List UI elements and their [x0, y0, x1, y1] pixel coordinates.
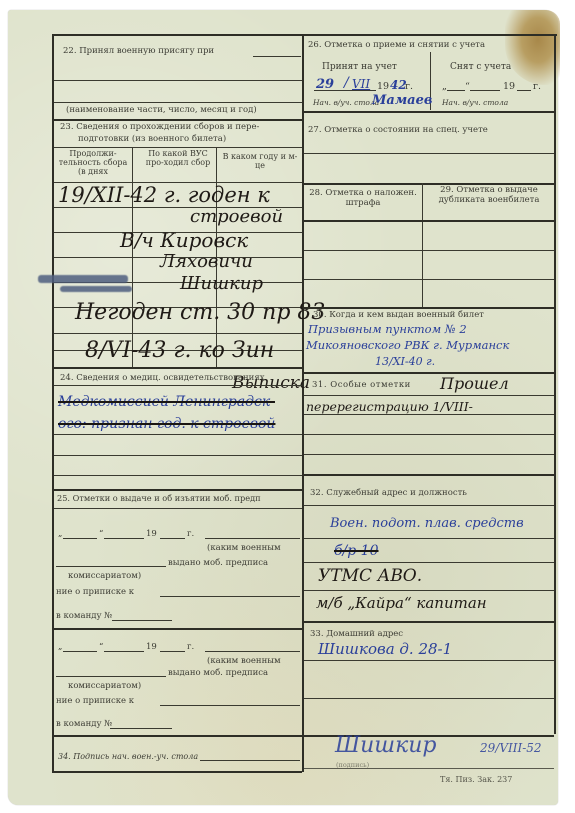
s23-hw-line: 8/VI-43 г. ко Зин	[85, 340, 274, 362]
frame-left-line	[52, 34, 54, 772]
office-stamp	[38, 275, 128, 283]
s30-hw-line: 13/XI-40 г.	[375, 356, 435, 367]
s31-row-line	[304, 414, 554, 415]
s23-hw-line: строевой	[190, 208, 283, 226]
day-blank	[63, 651, 97, 652]
s23-bottom-line	[54, 367, 302, 369]
s22-row-line-2	[54, 102, 302, 103]
s28-row-line	[304, 250, 554, 251]
s24-hw-line: Медкомиссией Ленинградск-	[58, 395, 275, 409]
s25-blank	[56, 566, 166, 567]
s32-hw-line: б/р 10	[334, 544, 379, 558]
s27-row-line	[304, 153, 554, 154]
s31-title: 31. Особые отметки	[312, 381, 411, 391]
s32-line	[304, 505, 554, 506]
s26-bottom-line	[304, 111, 554, 113]
s23-col3-header: В каком году и м-це	[222, 152, 298, 170]
print-mark: Тя. Пиз. Зак. 237	[440, 775, 512, 784]
s23-header-top	[54, 147, 302, 148]
s31-bottom-line	[304, 474, 554, 476]
s31-row-line	[304, 395, 554, 396]
s25-blank	[160, 596, 300, 597]
s23-hw-line: Шишкир	[180, 275, 263, 293]
s25-commissariat: комиссариатом)	[68, 572, 141, 582]
quote-mark: “	[465, 82, 470, 93]
s26-year-prefix: 19	[377, 82, 389, 93]
s26-removed-year-mark: г.	[533, 82, 541, 93]
s23-hw-line: Негоден ст. 30 пр 83	[75, 302, 325, 324]
s34-signature: Шишкир	[335, 735, 437, 757]
s34-date: 29/VIII-52	[480, 742, 542, 754]
s30-title: 30. Когда и кем выдан военный билет	[313, 311, 484, 321]
s24-hw-line: ого: признан год. к строевой	[58, 417, 275, 431]
year-blank	[160, 651, 185, 652]
s22-row-line	[54, 80, 302, 81]
s25-team: в команду №	[56, 612, 112, 622]
s32-hw-line: Воен. подот. плав. средств	[330, 517, 524, 530]
s34-title: 34. Подпись нач. воен.-уч. стола	[58, 752, 198, 761]
s26-signature-label-1: Нач. в/уч. стола	[313, 99, 379, 108]
s25-issued: выдано моб. предписа	[168, 559, 268, 569]
s25-line	[54, 508, 302, 509]
day-blank	[63, 538, 97, 539]
s26-signature-label-2: Нач. в/уч. стола	[442, 99, 508, 108]
s31-hw-line: перерегистрацию 1/VIII-	[306, 401, 473, 414]
s23-title-2: подготовки (из военного билета)	[78, 135, 226, 145]
frame-center-line	[302, 34, 304, 772]
frame-bottom-line	[52, 771, 302, 773]
s26-title: 26. Отметка о приеме и снятии с учета	[308, 41, 485, 51]
s22-line	[253, 56, 301, 57]
s25-quote-open: „	[58, 643, 62, 653]
month-blank	[104, 651, 144, 652]
s25-blank	[56, 676, 166, 677]
s24-bottom-line	[54, 489, 302, 491]
s31-row-line	[304, 454, 554, 455]
date-blank	[517, 90, 531, 91]
frame-top-line	[52, 34, 557, 36]
s26-year-mark: г.	[405, 82, 413, 93]
s22-title: 22. Принял военную присягу при	[63, 47, 214, 57]
s25-bottom-line	[54, 735, 554, 737]
s25-blank	[110, 728, 172, 729]
s27-title: 27. Отметка о состоянии на спец. учете	[308, 126, 488, 136]
s26-accepted-month: VII	[352, 78, 370, 90]
s26-removed-label: Снят с учета	[450, 62, 511, 72]
s25-year-mark: г.	[187, 643, 194, 653]
s33-title: 33. Домашний адрес	[310, 630, 403, 640]
s32-bottom-line	[304, 621, 554, 623]
s32-row-line	[304, 538, 554, 539]
s25-quote-close: “	[99, 643, 103, 653]
s23-hw-line: 19/XII-42 г. годен к	[58, 185, 270, 206]
s32-hw-line: м/б „Кайра“ капитан	[316, 596, 487, 611]
s26-accepted-label: Принят на учет	[322, 62, 397, 72]
s28-header-line	[304, 220, 554, 222]
s30-hw-line: Микояновского РВК г. Мурманск	[306, 340, 509, 352]
s30-bottom-line	[304, 372, 554, 374]
s28-row-line	[304, 279, 554, 280]
s25-commissariat: комиссариатом)	[68, 682, 141, 692]
s25-blank	[160, 705, 300, 706]
s25-blank	[205, 538, 300, 539]
s32-hw-line: УТМС АВО.	[318, 568, 422, 585]
month-blank	[104, 538, 144, 539]
office-stamp	[60, 286, 132, 292]
s26-signature: Мамаев	[372, 94, 432, 107]
s33-row-line	[304, 660, 554, 661]
s23-hw-line: Ляховичи	[160, 253, 253, 271]
date-blank	[470, 90, 500, 91]
s24-title: 24. Сведения о медиц. освидетельствовани…	[60, 374, 265, 384]
s25-by-whom: (каким военным	[207, 544, 281, 554]
s25-assignment: ние о приписке к	[56, 697, 134, 707]
s22-caption: (наименование части, число, месяц и год)	[66, 106, 257, 116]
s25-year-mark: г.	[187, 530, 194, 540]
year-blank	[160, 538, 185, 539]
s34-signature-line	[200, 760, 300, 761]
s25-quote-open: „	[58, 530, 62, 540]
s25-divider	[54, 628, 302, 630]
s32-title: 32. Служебный адрес и должность	[310, 489, 467, 499]
s28-title: 28. Отметка о наложен. штрафа	[306, 189, 420, 209]
s24-row-line	[54, 455, 302, 456]
s32-row-line	[304, 590, 554, 591]
s30-hw-line: Призывным пунктом № 2	[308, 324, 467, 336]
date-blank	[314, 90, 376, 91]
s23-col2-header: По какой ВУС про-ходил сбор	[138, 149, 218, 167]
s23-col1-header: Продолжи-тельность сбора (в днях	[54, 149, 132, 177]
s31-hw-line: Прошел	[440, 376, 509, 392]
quote-mark: „	[442, 82, 447, 93]
s28-s29-divider	[422, 183, 423, 307]
s33-row-line	[304, 698, 554, 699]
s33-hw-address: Шишкова д. 28-1	[318, 642, 452, 657]
date-separator: /	[344, 76, 349, 90]
s24-row-line	[54, 434, 302, 435]
s31-row-line	[304, 434, 554, 435]
s24-line	[54, 385, 302, 386]
s25-by-whom: (каким военным	[207, 657, 281, 667]
s34-line	[304, 768, 554, 769]
s25-assignment: ние о приписке к	[56, 588, 134, 598]
s24-row-line	[54, 475, 302, 476]
s29-title: 29. Отметка о выдаче дубликата военбилет…	[426, 186, 552, 206]
s25-blank	[112, 620, 172, 621]
s25-blank	[205, 651, 300, 652]
s25-title: 25. Отметки о выдаче и об изъятии моб. п…	[57, 494, 261, 503]
s22-bottom-line	[54, 119, 302, 121]
date-blank	[447, 90, 465, 91]
frame-right-line	[554, 34, 556, 734]
s32-row-line	[304, 562, 554, 563]
s26-removed-year-prefix: 19	[503, 82, 515, 93]
s25-year-prefix: 19	[146, 643, 157, 653]
s25-team: в команду №	[56, 720, 112, 730]
s25-year-prefix: 19	[146, 530, 157, 540]
s23-hw-line: В/ч Кировск	[120, 230, 248, 250]
s28-bottom-line	[304, 307, 554, 309]
s25-quote-close: “	[99, 530, 103, 540]
s23-row-line	[54, 333, 302, 334]
s23-title-1: 23. Сведения о прохождении сборов и пере…	[60, 123, 259, 133]
s25-issued: выдано моб. предписа	[168, 669, 268, 679]
